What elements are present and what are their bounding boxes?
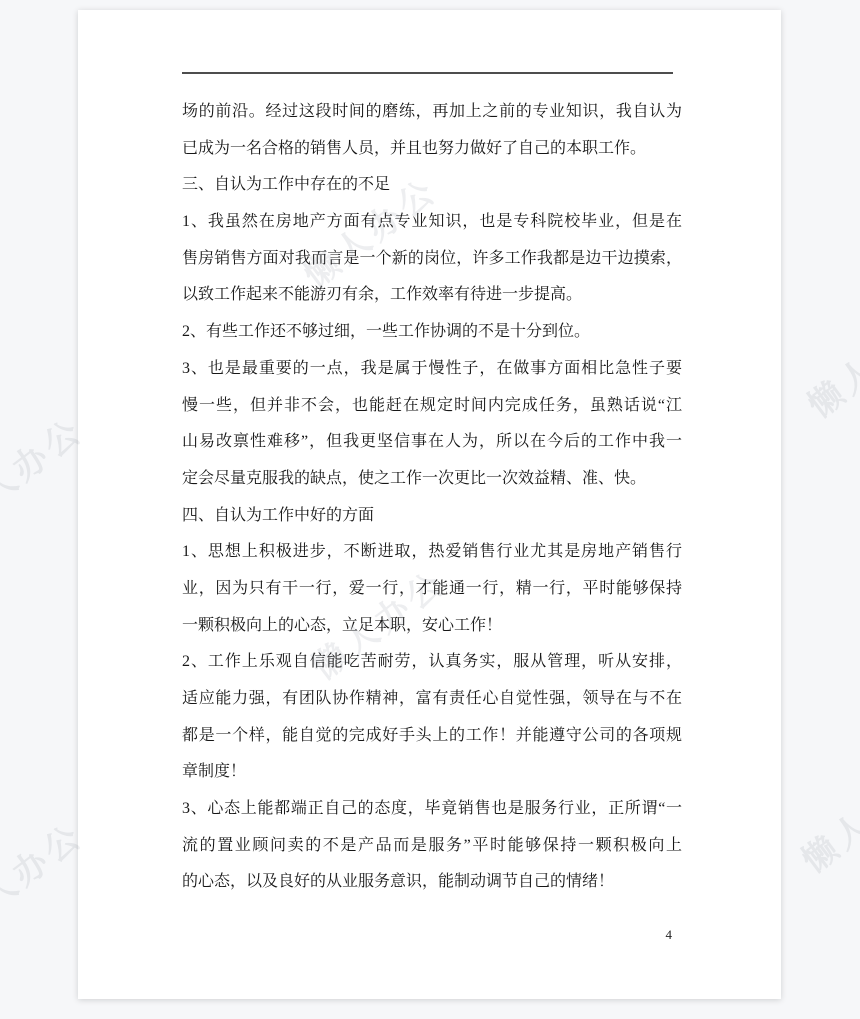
text-line: 售房销售方面对我而言是一个新的岗位，许多工作我都是边干边摸索， — [182, 241, 682, 278]
text-line: 定会尽量克服我的缺点，使之工作一次更比一次效益精、准、快。 — [182, 461, 682, 498]
text-line: 以致工作起来不能游刃有余，工作效率有待进一步提高。 — [182, 277, 682, 314]
text-line: 四、自认为工作中好的方面 — [182, 498, 682, 535]
page-number: 4 — [666, 927, 673, 943]
header-rule — [182, 72, 673, 74]
text-line: 3、心态上能都端正自己的态度，毕竟销售也是服务行业，正所谓“一 — [182, 791, 682, 828]
text-line: 山易改禀性难移”，但我更坚信事在人为，所以在今后的工作中我一 — [182, 424, 682, 461]
text-line: 慢一些，但并非不会，也能赶在规定时间内完成任务，虽熟话说“江 — [182, 388, 682, 425]
text-line: 的心态，以及良好的从业服务意识，能制动调节自己的情绪！ — [182, 864, 682, 901]
document-viewer-background: 懒人办公 懒人办公 懒人办公 懒人办公 懒人办公 懒人办公 场的前沿。经过这段时… — [0, 0, 860, 1019]
text-line: 1、思想上积极进步，不断进取，热爱销售行业尤其是房地产销售行 — [182, 534, 682, 571]
text-line: 都是一个样，能自觉的完成好手头上的工作！并能遵守公司的各项规 — [182, 718, 682, 755]
text-line: 业，因为只有干一行，爱一行，才能通一行，精一行，平时能够保持 — [182, 571, 682, 608]
text-line: 章制度！ — [182, 754, 682, 791]
text-line: 场的前沿。经过这段时间的磨练，再加上之前的专业知识，我自认为 — [182, 94, 682, 131]
text-line: 一颗积极向上的心态，立足本职，安心工作！ — [182, 608, 682, 645]
text-line: 流的置业顾问卖的不是产品而是服务”平时能够保持一颗积极向上 — [182, 828, 682, 865]
text-line: 2、工作上乐观自信能吃苦耐劳，认真务实，服从管理，听从安排， — [182, 644, 682, 681]
document-body: 场的前沿。经过这段时间的磨练，再加上之前的专业知识，我自认为已成为一名合格的销售… — [182, 94, 682, 901]
document-page: 场的前沿。经过这段时间的磨练，再加上之前的专业知识，我自认为已成为一名合格的销售… — [78, 10, 781, 999]
watermark: 懒人办公 — [796, 294, 860, 427]
text-line: 适应能力强，有团队协作精神，富有责任心自觉性强，领导在与不在 — [182, 681, 682, 718]
text-line: 1、我虽然在房地产方面有点专业知识，也是专科院校毕业，但是在 — [182, 204, 682, 241]
text-line: 三、自认为工作中存在的不足 — [182, 167, 682, 204]
watermark: 懒人办公 — [790, 749, 860, 882]
text-line: 3、也是最重要的一点，我是属于慢性子，在做事方面相比急性子要 — [182, 351, 682, 388]
text-line: 2、有些工作还不够过细，一些工作协调的不是十分到位。 — [182, 314, 682, 351]
text-line: 已成为一名合格的销售人员，并且也努力做好了自己的本职工作。 — [182, 131, 682, 168]
